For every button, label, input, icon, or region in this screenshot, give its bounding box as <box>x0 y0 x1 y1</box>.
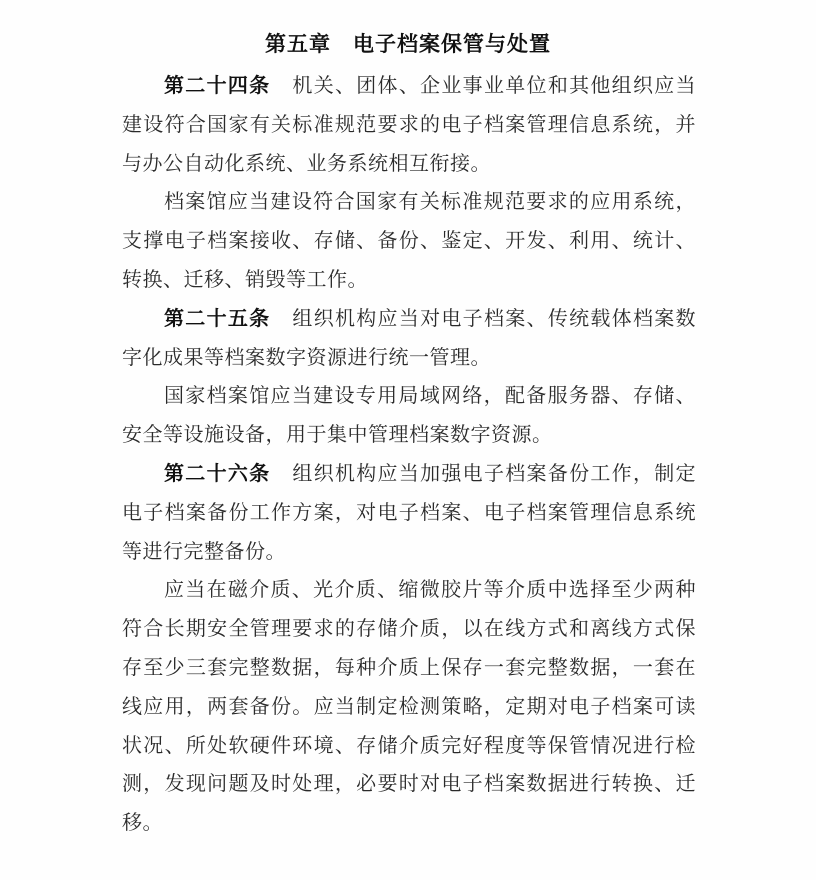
paragraph-line: 移。 <box>122 803 696 842</box>
paragraph-line: 存至少三套完整数据，每种介质上保存一套完整数据，一套在 <box>122 648 696 687</box>
paragraph-line: 字化成果等档案数字资源进行统一管理。 <box>122 338 696 377</box>
article-number: 第二十五条 <box>164 306 270 330</box>
paragraph-line: 符合长期安全管理要求的存储介质，以在线方式和离线方式保 <box>122 609 696 648</box>
paragraph-line: 测，发现问题及时处理，必要时对电子档案数据进行转换、迁 <box>122 764 696 803</box>
article-number: 第二十六条 <box>164 461 270 485</box>
paragraph-line: 安全等设施设备，用于集中管理档案数字资源。 <box>122 415 696 454</box>
paragraph-line: 应当在磁介质、光介质、缩微胶片等介质中选择至少两种 <box>122 570 696 609</box>
paragraph-line: 转换、迁移、销毁等工作。 <box>122 260 696 299</box>
document-page: 第五章 电子档案保管与处置 第二十四条机关、团体、企业事业单位和其他组织应当 建… <box>0 0 816 880</box>
paragraph-line: 线应用，两套备份。应当制定检测策略，定期对电子档案可读 <box>122 687 696 726</box>
paragraph-line: 第二十五条组织机构应当对电子档案、传统载体档案数 <box>122 299 696 338</box>
paragraph-line: 档案馆应当建设符合国家有关标准规范要求的应用系统， <box>122 182 696 221</box>
paragraph-line: 电子档案备份工作方案，对电子档案、电子档案管理信息系统 <box>122 493 696 532</box>
paragraph-line: 等进行完整备份。 <box>122 532 696 571</box>
paragraph-line: 与办公自动化系统、业务系统相互衔接。 <box>122 144 696 183</box>
paragraph-line: 状况、所处软硬件环境、存储介质完好程度等保管情况进行检 <box>122 726 696 765</box>
paragraph-line: 第二十四条机关、团体、企业事业单位和其他组织应当 <box>122 66 696 105</box>
document-body: 第二十四条机关、团体、企业事业单位和其他组织应当 建设符合国家有关标准规范要求的… <box>122 66 696 842</box>
article-number: 第二十四条 <box>164 73 270 97</box>
paragraph-line: 第二十六条组织机构应当加强电子档案备份工作，制定 <box>122 454 696 493</box>
chapter-title: 第五章 电子档案保管与处置 <box>0 28 816 58</box>
paragraph-line: 国家档案馆应当建设专用局域网络，配备服务器、存储、 <box>122 376 696 415</box>
paragraph-line: 支撑电子档案接收、存储、备份、鉴定、开发、利用、统计、 <box>122 221 696 260</box>
paragraph-line: 建设符合国家有关标准规范要求的电子档案管理信息系统，并 <box>122 105 696 144</box>
